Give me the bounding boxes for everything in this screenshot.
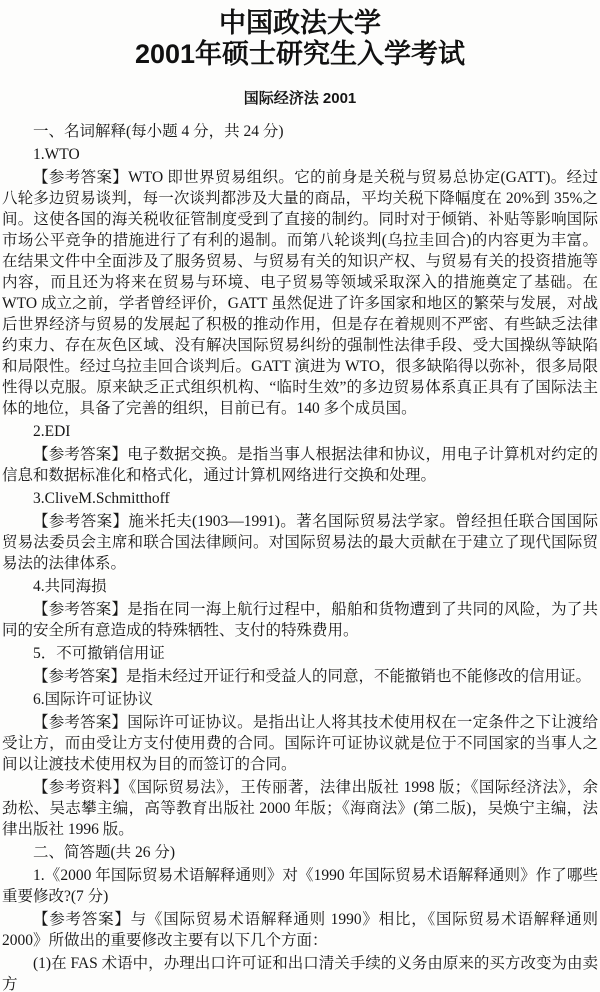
exam-subject: 国际经济法 2001 bbox=[0, 90, 600, 108]
reference-materials: 【参考资料】《国际贸易法》，王传丽著，法律出版社 1998 版；《国际经济法》，… bbox=[2, 777, 598, 840]
exam-title-line2: 2001年硕士研究生入学考试 bbox=[0, 39, 600, 70]
answer-1-wto: 【参考答案】WTO 即世界贸易组织。它的前身是关税与贸易总协定(GATT)。经过… bbox=[2, 167, 598, 419]
exam-title-line1: 中国政法大学 bbox=[0, 8, 600, 39]
exam-body: 一、名词解释(每小题 4 分，共 24 分) 1.WTO 【参考答案】WTO 即… bbox=[0, 121, 600, 992]
answer-5-irrevocable-lc: 【参考答案】是指未经过开证行和受益人的同意，不能撤销也不能修改的信用证。 bbox=[2, 666, 598, 687]
term-6-license-agreement: 6.国际许可证协议 bbox=[2, 689, 598, 710]
question-1-incoterms: 1.《2000 年国际贸易术语解释通则》对《1990 年国际贸易术语解释通则》作… bbox=[2, 865, 598, 907]
term-1-wto: 1.WTO bbox=[2, 144, 598, 165]
answer-4-general-average: 【参考答案】是指在同一海上航行过程中，船舶和货物遭到了共同的风险，为了共同的安全… bbox=[2, 599, 598, 641]
term-5-irrevocable-lc: 5．不可撤销信用证 bbox=[2, 643, 598, 664]
section-heading-short-answer: 二、简答题(共 26 分) bbox=[2, 842, 598, 863]
answer-6-license-agreement: 【参考答案】国际许可证协议。是指出让人将其技术使用权在一定条件之下让渡给受让方，… bbox=[2, 712, 598, 775]
exam-document-page: 中国政法大学 2001年硕士研究生入学考试 国际经济法 2001 一、名词解释(… bbox=[0, 0, 600, 992]
answer-1-incoterms-intro: 【参考答案】与《国际贸易术语解释通则 1990》相比，《国际贸易术语解释通则 2… bbox=[2, 909, 598, 951]
term-3-schmitthoff: 3.CliveM.Schmitthoff bbox=[2, 488, 598, 509]
term-2-edi: 2.EDI bbox=[2, 421, 598, 442]
term-4-general-average: 4.共同海损 bbox=[2, 576, 598, 597]
answer-3-schmitthoff: 【参考答案】施米托夫(1903—1991)。著名国际贸易法学家。曾经担任联合国国… bbox=[2, 511, 598, 574]
section-heading-glossary: 一、名词解释(每小题 4 分，共 24 分) bbox=[2, 121, 598, 142]
exam-title: 中国政法大学 2001年硕士研究生入学考试 bbox=[0, 0, 600, 70]
answer-2-edi: 【参考答案】电子数据交换。是指当事人根据法律和协议，用电子计算机对约定的信息和数… bbox=[2, 444, 598, 486]
answer-1-incoterms-point-1: (1)在 FAS 术语中，办理出口许可证和出口清关手续的义务由原来的买方改变为由… bbox=[2, 953, 598, 992]
